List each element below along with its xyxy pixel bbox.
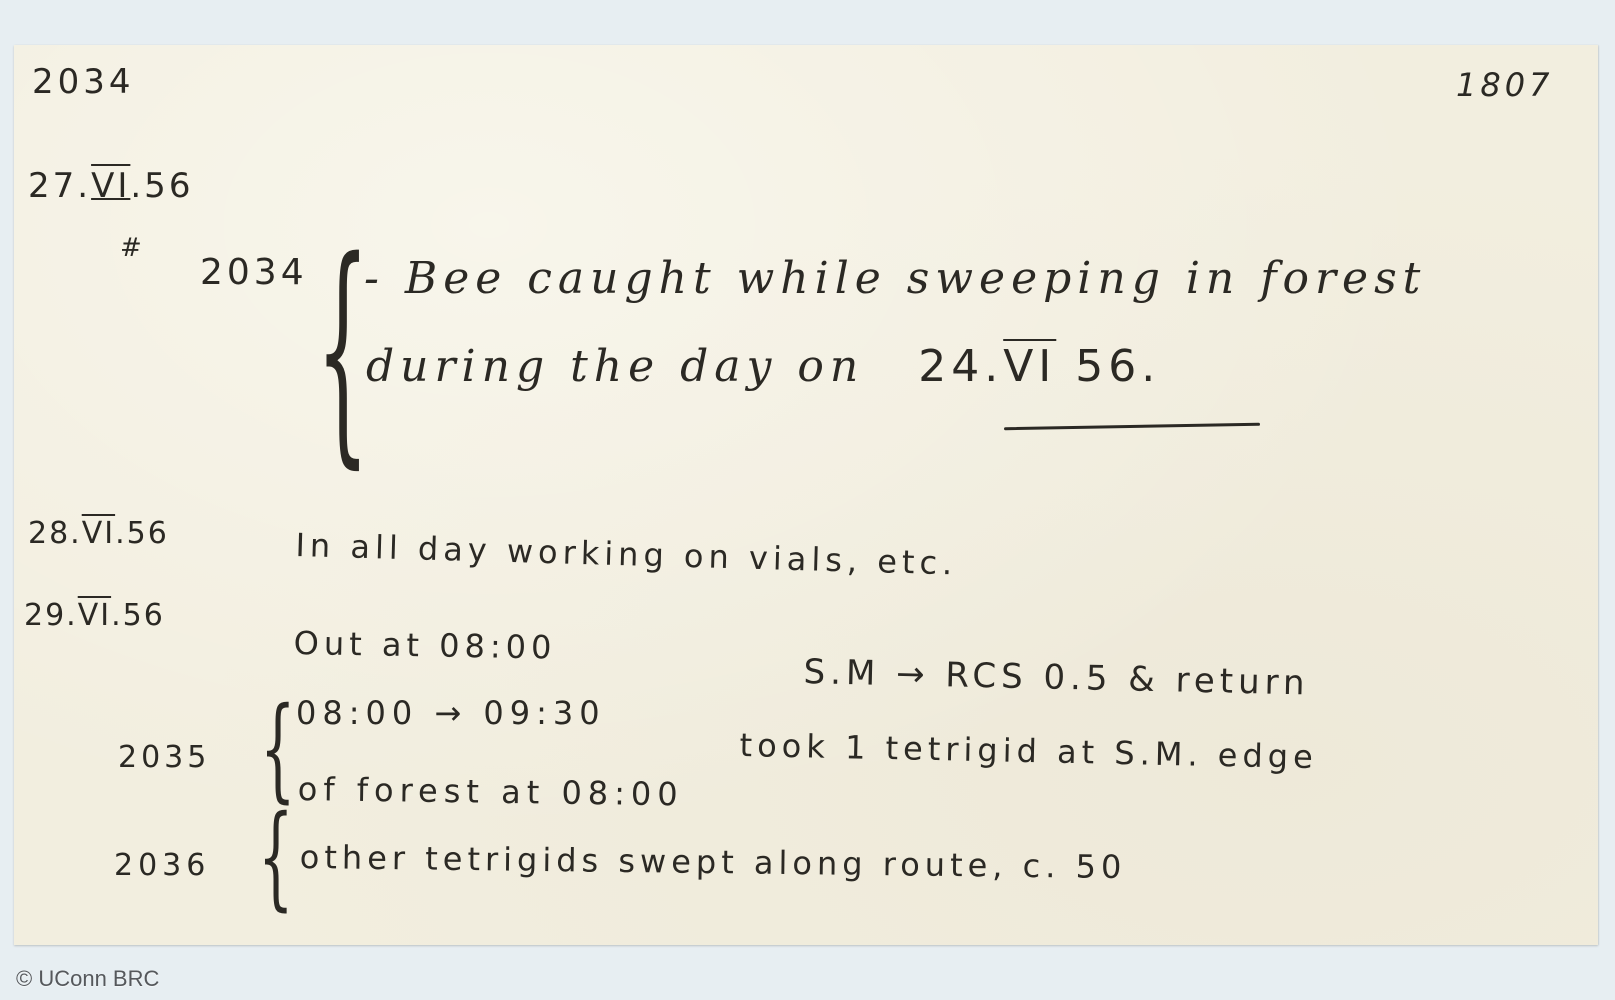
referenced-date: 24.VI 56. xyxy=(918,341,1160,392)
specimen-number-2034: 2034 xyxy=(200,255,308,291)
card-number-left: 2034 xyxy=(32,65,135,99)
entry-date-27-vi-56: 27.VI.56 xyxy=(28,169,193,203)
specimen-number-2035: 2035 xyxy=(118,743,210,773)
ref-date-year: 56. xyxy=(1056,341,1160,392)
ref-date-day: 24. xyxy=(918,341,1003,392)
specimen-2035-line-2: took 1 tetrigid at S.M. edge xyxy=(739,729,1318,773)
brace-icon: { xyxy=(260,693,296,805)
line-text: during the day on xyxy=(366,341,864,392)
brace-icon: { xyxy=(316,229,369,469)
date-day: 29. xyxy=(24,598,78,633)
entry-29-text: Out at 08:00 xyxy=(293,627,556,664)
brace-icon: { xyxy=(258,801,294,913)
date-month: VI xyxy=(78,598,111,633)
date-month: VI xyxy=(91,166,130,206)
specimen-2035-line-3: of forest at 08:00 xyxy=(298,773,684,810)
specimen-2034-line-2: during the day on 24.VI 56. xyxy=(366,345,1160,389)
entry-date-29-vi-56: 29.VI.56 xyxy=(24,601,165,631)
entry-29-route: S.M → RCS 0.5 & return xyxy=(803,655,1310,700)
date-underline xyxy=(1004,423,1260,430)
entry-28-text: In all day working on vials, etc. xyxy=(295,529,958,579)
specimen-number-2036: 2036 xyxy=(114,851,210,881)
date-month: VI xyxy=(82,516,115,551)
field-notebook-card: 2034 1807 27.VI.56 # 2034 { - Bee caught… xyxy=(14,45,1598,945)
specimen-2036-line-1: other tetrigids swept along route, c. 50 xyxy=(300,841,1127,883)
card-number-right: 1807 xyxy=(1456,69,1553,101)
specimen-2034-line-1: - Bee caught while sweeping in forest xyxy=(364,257,1426,301)
date-day: 27. xyxy=(28,166,91,206)
date-day: 28. xyxy=(28,516,82,551)
copyright-notice: © UConn BRC xyxy=(16,966,159,992)
ref-date-month: VI xyxy=(1003,341,1056,392)
date-year: .56 xyxy=(115,516,169,551)
entry-date-28-vi-56: 28.VI.56 xyxy=(28,519,169,549)
specimen-2035-line-1: 08:00 → 09:30 xyxy=(296,697,606,729)
specimen-hash-mark: # xyxy=(120,235,148,261)
date-year: .56 xyxy=(130,166,193,206)
date-year: .56 xyxy=(111,598,165,633)
